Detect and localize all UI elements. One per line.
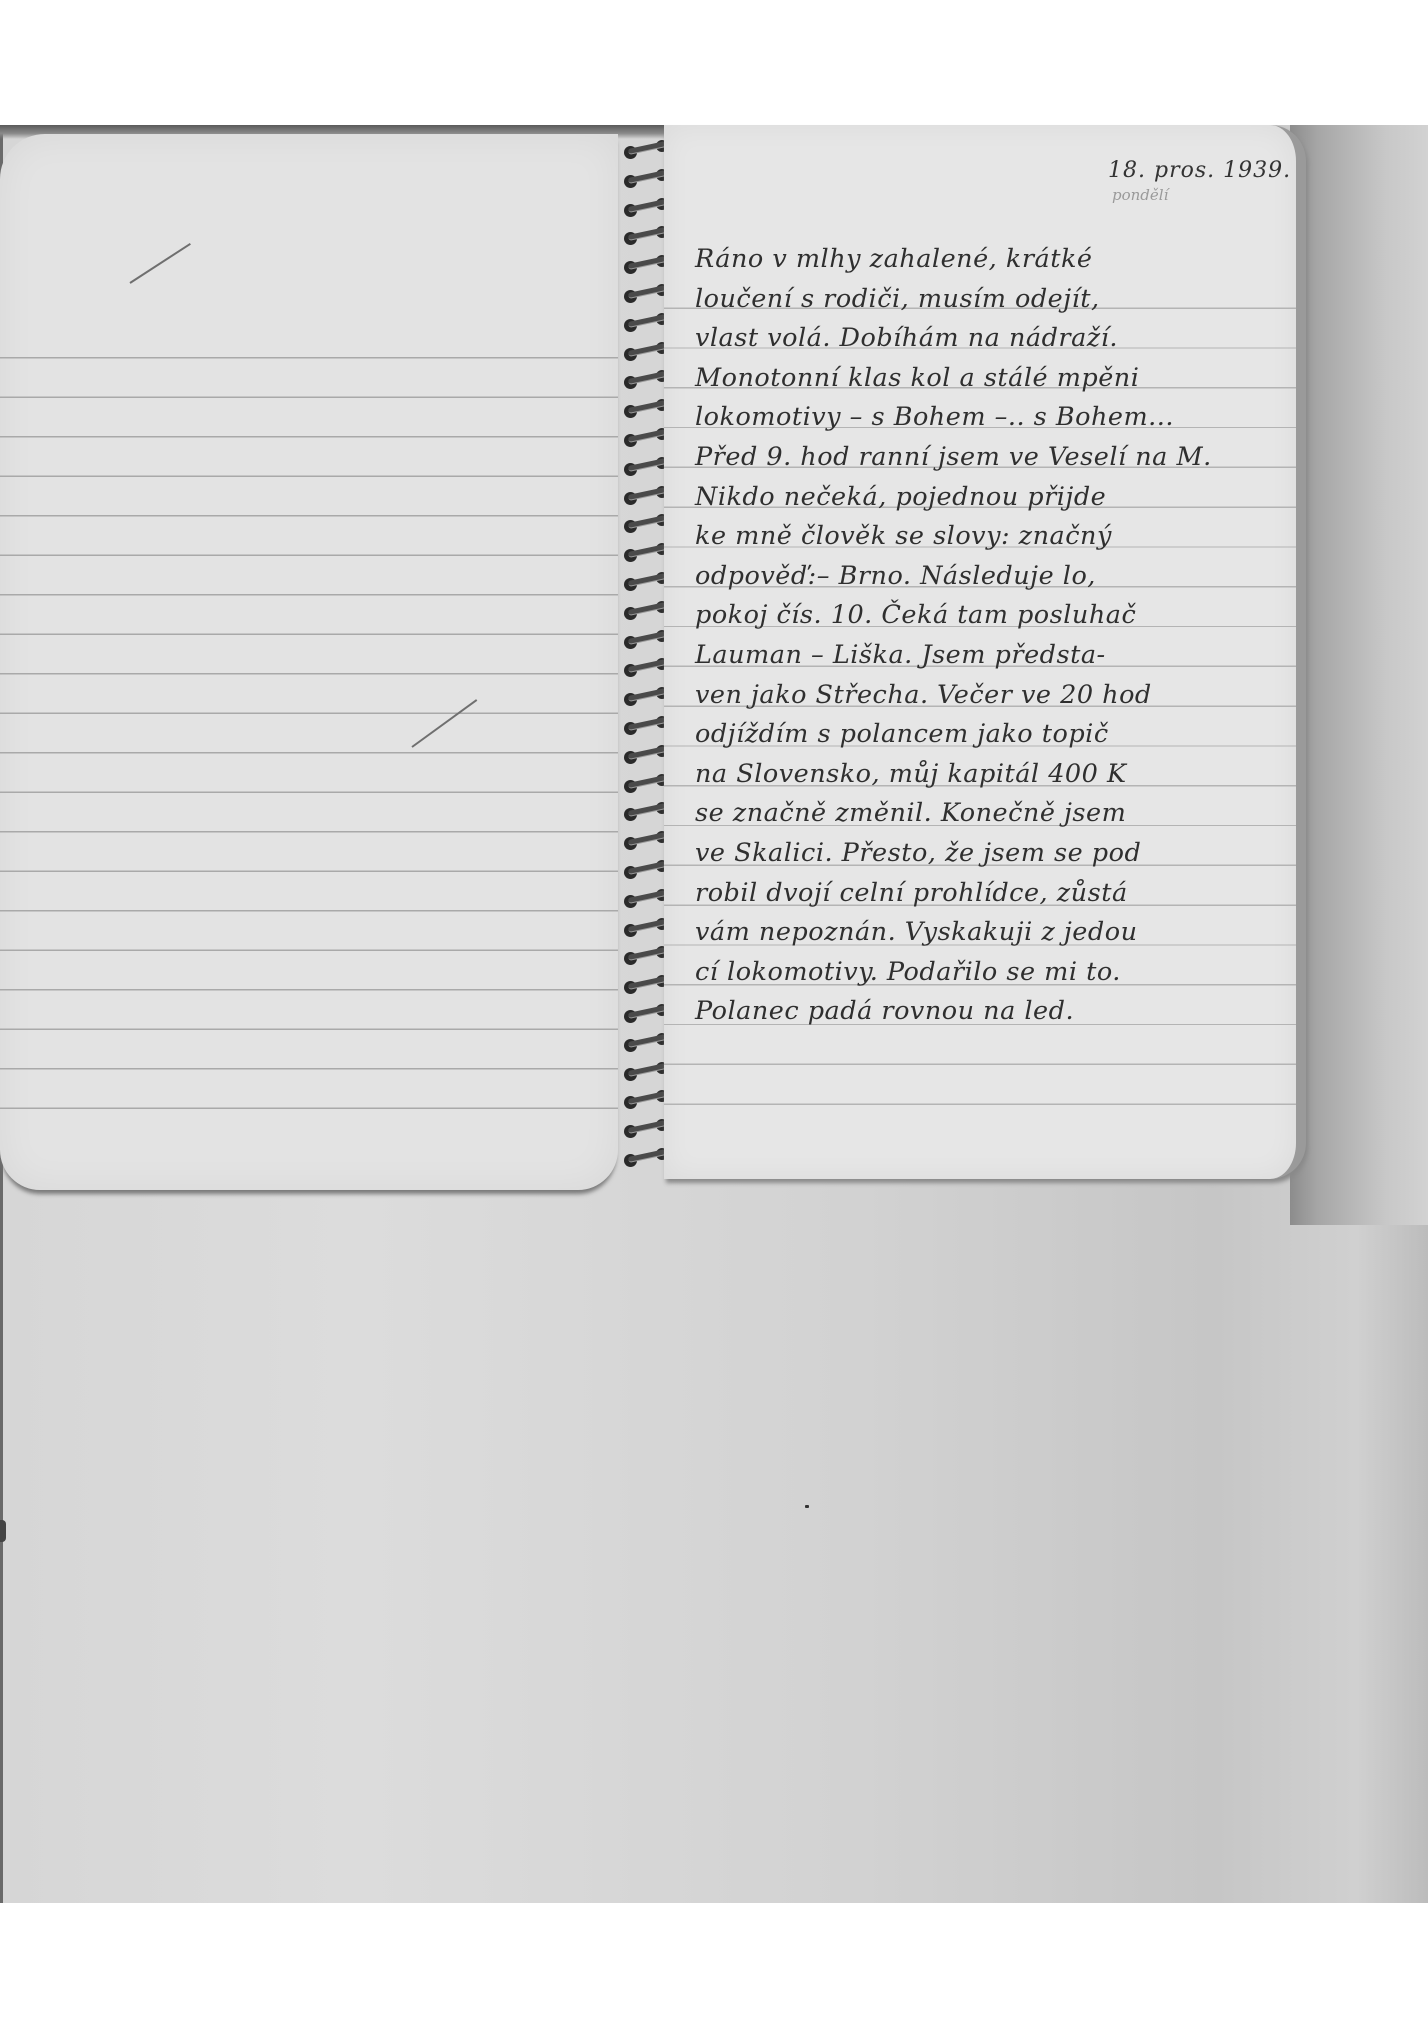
handwritten-line: Před 9. hod ranní jsem ve Veselí na M. xyxy=(695,438,1295,478)
paper-crease-mark xyxy=(129,243,190,284)
spiral-coil xyxy=(622,226,670,250)
spiral-coil xyxy=(622,543,670,567)
spiral-coil xyxy=(622,370,670,394)
spiral-coil xyxy=(622,457,670,481)
spiral-coil xyxy=(622,946,670,970)
spiral-coil xyxy=(622,889,670,913)
scan-edge-mark xyxy=(0,1520,6,1542)
spiral-coil xyxy=(622,169,670,193)
spiral-coil xyxy=(622,284,670,308)
handwritten-line: lokomotivy – s Bohem –.. s Bohem... xyxy=(695,398,1295,438)
handwritten-line: Monotonní klas kol a stálé mpěni xyxy=(695,359,1295,399)
handwritten-line: ve Skalici. Přesto, že jsem se pod xyxy=(695,834,1295,874)
spiral-coil xyxy=(622,918,670,942)
handwritten-line: robil dvojí celní prohlídce, zůstá xyxy=(695,874,1295,914)
spiral-coil xyxy=(622,1119,670,1143)
handwritten-line: odjíždím s polancem jako topič xyxy=(695,715,1295,755)
spiral-coil xyxy=(622,975,670,999)
spiral-coil xyxy=(622,428,670,452)
handwritten-line: vám nepoznán. Vyskakuji z jedou xyxy=(695,913,1295,953)
spiral-coil xyxy=(622,140,670,164)
scanner-shadow-right xyxy=(1290,125,1428,1225)
spiral-coil xyxy=(622,745,670,769)
spiral-coil xyxy=(622,802,670,826)
spiral-coil xyxy=(622,255,670,279)
spiral-coil xyxy=(622,658,670,682)
handwritten-line: vlast volá. Dobíhám na nádraží. xyxy=(695,319,1295,359)
handwritten-line: se značně změnil. Konečně jsem xyxy=(695,794,1295,834)
spiral-coil xyxy=(622,313,670,337)
entry-date: 18. pros. 1939. xyxy=(1108,158,1291,183)
spiral-coil xyxy=(622,198,670,222)
handwritten-line: Nikdo nečeká, pojednou přijde xyxy=(695,478,1295,518)
handwritten-line: pokoj čís. 10. Čeká tam posluhač xyxy=(695,596,1295,636)
spiral-coil xyxy=(622,486,670,510)
spiral-coil xyxy=(622,342,670,366)
handwritten-line: Ráno v mlhy zahalené, krátké xyxy=(695,240,1295,280)
spiral-coil xyxy=(622,1090,670,1114)
weekday-pencil-note: pondělí xyxy=(1112,186,1168,204)
spiral-coil xyxy=(622,1062,670,1086)
handwritten-line: ke mně člověk se slovy: značný xyxy=(695,517,1295,557)
handwritten-line: cí lokomotivy. Podařilo se mi to. xyxy=(695,953,1295,993)
left-notebook-page xyxy=(0,134,618,1190)
scan-speck xyxy=(805,1505,809,1508)
spiral-coil xyxy=(622,601,670,625)
spiral-coil xyxy=(622,687,670,711)
spiral-coil xyxy=(622,774,670,798)
spiral-coil xyxy=(622,1004,670,1028)
handwritten-line: na Slovensko, můj kapitál 400 K xyxy=(695,755,1295,795)
spiral-coil xyxy=(622,572,670,596)
spiral-coil xyxy=(622,831,670,855)
spiral-coil xyxy=(622,630,670,654)
handwritten-diary-entry: Ráno v mlhy zahalené, krátkéloučení s ro… xyxy=(695,240,1295,1032)
ruled-lines-left xyxy=(0,319,618,1130)
spiral-coil xyxy=(622,1033,670,1057)
handwritten-line: loučení s rodiči, musím odejít, xyxy=(695,280,1295,320)
handwritten-line: ven jako Střecha. Večer ve 20 hod xyxy=(695,676,1295,716)
spiral-coil xyxy=(622,399,670,423)
spiral-coil xyxy=(622,860,670,884)
spiral-coil xyxy=(622,716,670,740)
spiral-coil xyxy=(622,1148,670,1172)
spiral-coil xyxy=(622,514,670,538)
handwritten-line: Polanec padá rovnou na led. xyxy=(695,992,1295,1032)
handwritten-line: Lauman – Liška. Jsem předsta- xyxy=(695,636,1295,676)
handwritten-line: odpověď:– Brno. Následuje lo, xyxy=(695,557,1295,597)
